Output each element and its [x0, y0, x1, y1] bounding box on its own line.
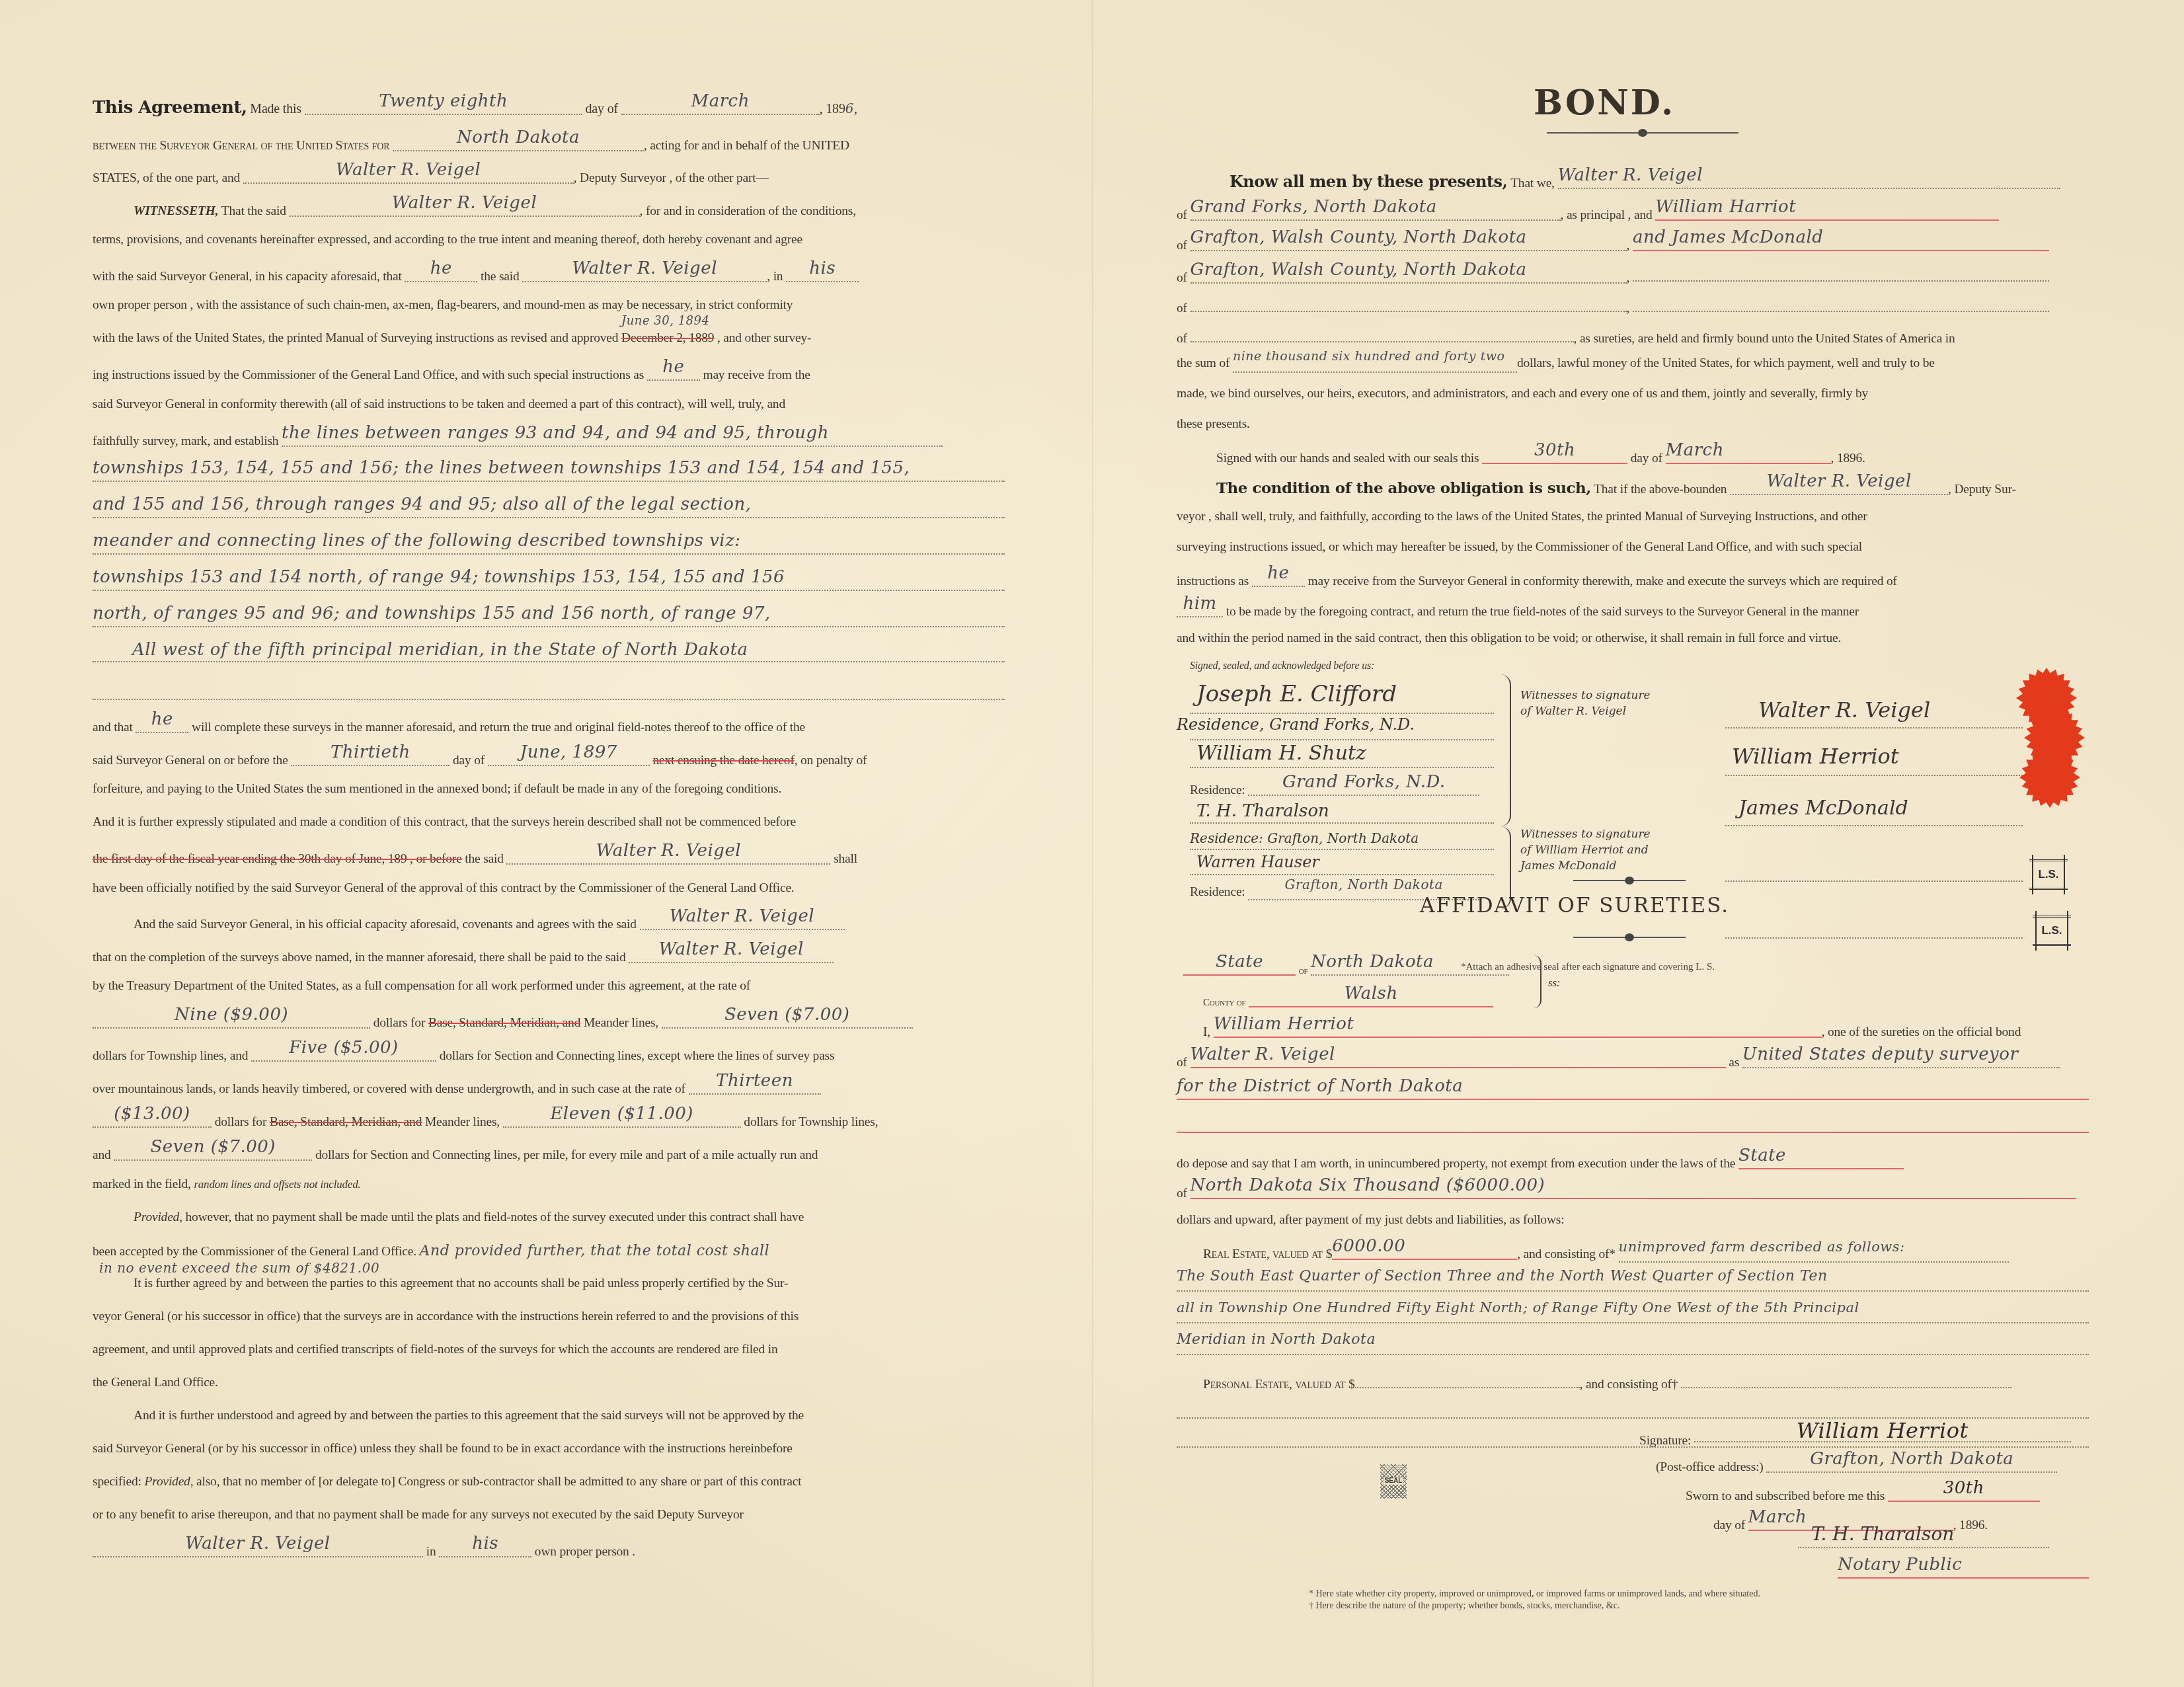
agreement-line-37: Walter R. Veigel in his own proper perso… [93, 1542, 1005, 1559]
footnote-1: * Here state whether city property, impr… [1309, 1589, 1760, 1600]
possessive-field[interactable]: his [439, 1542, 531, 1557]
real-estate-desc-field[interactable]: all in Township One Hundred Fifty Eight … [1177, 1308, 2089, 1323]
state-name-field[interactable]: North Dakota [1311, 960, 1509, 976]
brace [1501, 674, 1511, 826]
name-field[interactable]: Walter R. Veigel [93, 1542, 423, 1557]
survey-line[interactable]: All west of the fifth principal meridian… [93, 648, 1005, 662]
due-day-field[interactable]: Thirtieth [291, 750, 449, 766]
rate-mountain-township-field[interactable]: Eleven ($11.00) [503, 1112, 741, 1128]
residence-field[interactable]: Grand Forks, N.D. [1248, 780, 1479, 796]
affiant-signature-field[interactable]: William Herriot [1694, 1427, 2071, 1442]
residence-row: Residence: Grand Forks, N.D. [1190, 780, 2089, 797]
surety2-residence-field[interactable]: Grafton, Walsh County, North Dakota [1190, 268, 1627, 284]
survey-line[interactable]: townships 153 and 154 north, of range 94… [93, 575, 1005, 591]
agreement-line-17: have been officially notified by the sai… [93, 882, 1005, 895]
bond-line-principal: of Grand Forks, North Dakota, as princip… [1177, 205, 2089, 222]
bond-line-sum: the sum of nine thousand six hundred and… [1177, 357, 2089, 373]
survey-line[interactable] [93, 684, 1005, 700]
agreement-line-18: And the said Surveyor General, in his of… [93, 914, 1005, 931]
blank-line[interactable] [1177, 1117, 2089, 1133]
personal-estate-desc-field[interactable] [1681, 1372, 2011, 1388]
worth-field[interactable]: North Dakota Six Thousand ($6000.00) [1190, 1183, 2076, 1199]
witness-signature: Joseph E. Clifford [1196, 681, 1397, 707]
affidavit-state-row: State of North Dakota [1183, 960, 2089, 977]
bond-line-know: Know all men by these presents, That we,… [1177, 173, 2089, 190]
surety1-residence-field[interactable]: Grafton, Walsh County, North Dakota [1190, 235, 1627, 251]
bond-line-c5: him to be made by the foregoing contract… [1177, 602, 2089, 619]
agreement-line-20: by the Treasury Department of the United… [93, 980, 1005, 993]
bond-line-c2: veyor , shall well, truly, and faithfull… [1177, 510, 2089, 524]
agreement-line-24: ($13.00) dollars for Base, Standard, Mer… [93, 1112, 1005, 1129]
agreement-line-2: between the Surveyor General of the Unit… [93, 136, 1005, 153]
signature-surety-2: James McDonald [1738, 797, 1908, 820]
bond-sum-field[interactable]: nine thousand six hundred and forty two [1233, 357, 1517, 373]
agreement-line-15: And it is further expressly stipulated a… [93, 816, 1005, 829]
surety2-field[interactable]: and James McDonald [1633, 235, 2049, 251]
sworn-row: Sworn to and subscribed before me this 3… [1686, 1486, 2089, 1503]
agreement-line-35: specified: Provided, also, that no membe… [93, 1475, 1005, 1489]
agreement-heading: This Agreement, [93, 98, 247, 118]
agreement-line-14: forfeiture, and paying to the United Sta… [93, 783, 1005, 796]
real-estate-row: Real Estate, valued at $6000.00, and con… [1203, 1244, 2089, 1263]
affidavit-county-row: County of Walsh [1203, 992, 2089, 1009]
state-field[interactable]: North Dakota [393, 136, 644, 151]
agreement-line-7: own proper person , with the assistance … [93, 299, 1005, 312]
witness-signature: William H. Shutz [1196, 742, 1366, 765]
rate-mountain-meander-field[interactable]: Thirteen [689, 1079, 821, 1095]
ornament-divider [1573, 880, 1686, 881]
real-estate-value-field[interactable]: 6000.00 [1332, 1244, 1517, 1260]
bond-line-surety2: of Grafton, Walsh County, North Dakota, [1177, 266, 2089, 285]
survey-description-field[interactable]: the lines between ranges 93 and 94, and … [282, 431, 943, 447]
bounden-name-field[interactable]: Walter R. Veigel [1730, 479, 1948, 495]
affidavit-title: AFFIDAVIT OF SURETIES. [1420, 894, 1729, 918]
bond-line-c6: and within the period named in the said … [1177, 632, 2089, 645]
month-field[interactable]: March [621, 99, 820, 115]
bond-day-field[interactable]: 30th [1482, 448, 1627, 464]
footnote-2: † Here describe the nature of the proper… [1309, 1601, 1619, 1612]
laws-of-field[interactable]: State [1738, 1154, 1904, 1169]
agreement-line-4: WITNESSETH, That the said Walter R. Veig… [93, 201, 1005, 218]
witness-residence: Residence, Grand Forks, N.D. [1177, 715, 1415, 734]
affiant-field[interactable]: William Herriot [1214, 1022, 1822, 1038]
agreement-line-26: marked in the field, random lines and of… [93, 1178, 1005, 1191]
bond-of-field[interactable]: Walter R. Veigel [1190, 1052, 1726, 1068]
personal-estate-value-field[interactable] [1355, 1372, 1580, 1388]
affidavit-worth-row: of North Dakota Six Thousand ($6000.00) [1177, 1183, 2089, 1200]
jurisdiction-type-field[interactable]: State [1183, 960, 1296, 976]
as-capacity-field[interactable]: United States deputy surveyor [1742, 1052, 2060, 1068]
pronoun-field[interactable]: he [136, 717, 188, 733]
agreement-line-30: veyor General (or his successor in offic… [93, 1310, 1005, 1323]
survey-line[interactable]: townships 153, 154, 155 and 156; the lin… [93, 466, 1005, 482]
pronoun-field[interactable]: him [1177, 602, 1223, 617]
affidavit-depose-row: do depose and say that I am worth, in un… [1177, 1154, 2089, 1171]
witnesseth-name-field[interactable]: Walter R. Veigel [290, 201, 640, 217]
affidavit-blank-row [1177, 1117, 2089, 1136]
name-field[interactable]: Walter R. Veigel [506, 849, 830, 865]
real-estate-desc-field[interactable]: Meridian in North Dakota [1177, 1339, 2089, 1355]
bond-line-bind1: made, we bind ourselves, our heirs, exec… [1177, 387, 2089, 401]
real-estate-desc-field[interactable]: The South East Quarter of Section Three … [1177, 1276, 2089, 1292]
witness-note-2: Witnesses to signature of William Herrio… [1520, 826, 1659, 874]
agreement-line-12: and that he will complete these surveys … [93, 717, 1005, 734]
agreement-line-5: terms, provisions, and covenants hereina… [93, 233, 1005, 247]
witness-signature: T. H. Tharalson [1196, 801, 1329, 821]
signature-line-empty[interactable] [1725, 881, 2023, 882]
signed-before-label: Signed, sealed, and acknowledged before … [1190, 661, 2089, 672]
possessive-field[interactable]: his [786, 266, 859, 282]
agreement-line-13: said Surveyor General on or before the T… [93, 750, 1005, 767]
personal-estate-line[interactable] [1177, 1403, 2089, 1419]
name-field[interactable]: Walter R. Veigel [629, 947, 834, 963]
signature-principal: Walter R. Veigel [1758, 697, 1930, 723]
real-estate-desc-row: Meridian in North Dakota [1177, 1339, 2089, 1355]
notary-signature-line [1798, 1547, 2049, 1548]
principal-residence-field[interactable]: Grand Forks, North Dakota [1190, 205, 1561, 221]
pronoun-field[interactable]: he [647, 365, 700, 381]
ls-seal-box: L.S. [2029, 859, 2068, 890]
signature-surety-1: William Herriot [1732, 744, 1899, 769]
bond-line-c3: surveying instructions issued, or which … [1177, 541, 2089, 554]
day-field[interactable]: Twenty eighth [305, 99, 582, 115]
po-address-row: (Post-office address:) Grafton, North Da… [1656, 1457, 2089, 1474]
agreement-line-1: This Agreement, Made this Twenty eighth … [93, 99, 1005, 116]
surety3-residence-field[interactable] [1190, 296, 1627, 312]
surety4-residence-field[interactable] [1190, 327, 1574, 342]
agreement-line-29: It is further agreed by and between the … [93, 1277, 1005, 1290]
agreement-line-21: Nine ($9.00) dollars for Base, Standard,… [93, 1013, 1005, 1030]
bond-line-blank: of , [1177, 296, 2089, 315]
affidavit-district-row: for the District of North Dakota [1177, 1084, 2089, 1101]
ls-seal-box: L.S. [2033, 916, 2071, 946]
ornament-divider [1573, 937, 1686, 938]
agreement-line-34: said Surveyor General (or by his success… [93, 1442, 1005, 1456]
bond-line-sureties: of , as sureties, are held and firmly bo… [1177, 327, 2089, 346]
agreement-line-16: the first day of the fiscal year ending … [93, 849, 1005, 866]
name-field[interactable]: Walter R. Veigel [522, 266, 767, 282]
bond-title: BOND. [1534, 83, 1675, 123]
agreement-line-8: with the laws of the United States, the … [93, 332, 1005, 345]
agreement-line-27: Provided, however, that no payment shall… [93, 1211, 1005, 1224]
ss-label: ss: [1548, 977, 2089, 988]
notary-signature: T. H. Tharalson [1811, 1523, 1954, 1545]
bond-line-signed: Signed with our hands and sealed with ou… [1177, 448, 2089, 465]
deputy-name-field[interactable]: Walter R. Veigel [243, 168, 574, 184]
real-estate-desc-row: all in Township One Hundred Fifty Eight … [1177, 1308, 2089, 1323]
rate-township-field[interactable]: Seven ($7.00) [662, 1013, 913, 1029]
bond-month-field[interactable]: March [1666, 448, 1831, 464]
name-field[interactable]: Walter R. Veigel [640, 914, 845, 930]
agreement-line-28b: in no event exceed the sum of $4821.00 [99, 1261, 1005, 1275]
rate-section-field[interactable]: Five ($5.00) [251, 1046, 436, 1062]
personal-estate-row: Personal Estate, valued at $, and consis… [1203, 1372, 2089, 1392]
pronoun-field[interactable]: he [1252, 571, 1305, 587]
page-fold [1092, 0, 1093, 1687]
witness-note-1: Witnesses to signature of Walter R. Veig… [1520, 687, 1659, 719]
inserted-date: June 30, 1894 [621, 315, 709, 327]
agreement-line-10: said Surveyor General in conformity ther… [93, 398, 1005, 411]
bond-line-bind2: these presents. [1177, 418, 2089, 431]
agreement-line-22: dollars for Township lines, and Five ($5… [93, 1046, 1005, 1063]
principal-field[interactable]: Walter R. Veigel [1558, 173, 2060, 189]
notary-title-field[interactable]: Notary Public [1838, 1563, 2089, 1579]
witness-residence: Residence: Grafton, North Dakota [1190, 830, 1419, 846]
rate-mountain-meander-amount[interactable]: ($13.00) [93, 1112, 212, 1128]
signature-line-empty[interactable] [1725, 937, 2023, 939]
sworn-day-field[interactable]: 30th [1888, 1486, 2040, 1502]
survey-line[interactable]: north, of ranges 95 and 96; and township… [93, 611, 1005, 627]
surety4-field[interactable] [1633, 296, 2049, 312]
agreement-line-31: agreement, and until approved plats and … [93, 1343, 1005, 1356]
affidavit-bond-of-row: of Walter R. Veigel as United States dep… [1177, 1052, 2089, 1070]
real-estate-desc-field[interactable]: unimproved farm described as follows: [1619, 1247, 2009, 1263]
real-estate-desc-row: The South East Quarter of Section Three … [1177, 1276, 2089, 1292]
district-field[interactable]: for the District of North Dakota [1177, 1084, 2089, 1100]
agreement-line-25: and Seven ($7.00) dollars for Section an… [93, 1145, 1005, 1162]
bond-line-condition: The condition of the above obligation is… [1177, 479, 2089, 496]
po-address-field[interactable]: Grafton, North Dakota [1766, 1457, 2057, 1473]
rate-mountain-section-field[interactable]: Seven ($7.00) [114, 1145, 312, 1161]
agreement-line-36: or to any benefit to arise thereupon, an… [93, 1509, 1005, 1522]
pronoun-field[interactable]: he [405, 266, 477, 282]
witness-signature: Warren Hauser [1196, 853, 1319, 871]
rate-meander-field[interactable]: Nine ($9.00) [93, 1013, 370, 1029]
affidavit-affiant-row: I, William Herriot, one of the sureties … [1203, 1022, 2089, 1039]
seal-stamp: SEAL [1380, 1464, 1407, 1499]
agreement-line-6: with the said Surveyor General, in his c… [93, 266, 1005, 284]
surety1-field[interactable]: William Harriot [1655, 205, 1999, 221]
bond-line-surety1: of Grafton, Walsh County, North Dakota, … [1177, 235, 2089, 253]
ornament-divider [1547, 132, 1738, 134]
county-field[interactable]: Walsh [1249, 992, 1493, 1007]
agreement-line-23: over mountainous lands, or lands heavily… [93, 1079, 1005, 1096]
agreement-line-19: that on the completion of the surveys ab… [93, 947, 1005, 964]
survey-line[interactable]: and 155 and 156, through ranges 94 and 9… [93, 502, 1005, 518]
struck-date: December 2, 1889 [621, 331, 714, 345]
agreement-line-33: And it is further understood and agreed … [93, 1409, 1005, 1423]
affidavit-dollars-row: dollars and upward, after payment of my … [1177, 1214, 2089, 1227]
due-date-field[interactable]: June, 1897 [488, 750, 650, 766]
survey-line[interactable]: meander and connecting lines of the foll… [93, 539, 1005, 555]
agreement-line-3: STATES, of the one part, and Walter R. V… [93, 168, 1005, 185]
affiant-signature-row: Signature: William Herriot [1639, 1427, 2089, 1448]
notary-title-row: Notary Public [1838, 1563, 2089, 1579]
agreement-line-32: the General Land Office. [93, 1376, 1005, 1390]
surety3-field[interactable] [1633, 266, 2049, 282]
agreement-line-28: been accepted by the Commissioner of the… [93, 1244, 1005, 1259]
agreement-line-9: ing instructions issued by the Commissio… [93, 365, 1005, 382]
bond-line-c4: instructions as he may receive from the … [1177, 571, 2089, 588]
agreement-line-11: faithfully survey, mark, and establish t… [93, 431, 1005, 448]
